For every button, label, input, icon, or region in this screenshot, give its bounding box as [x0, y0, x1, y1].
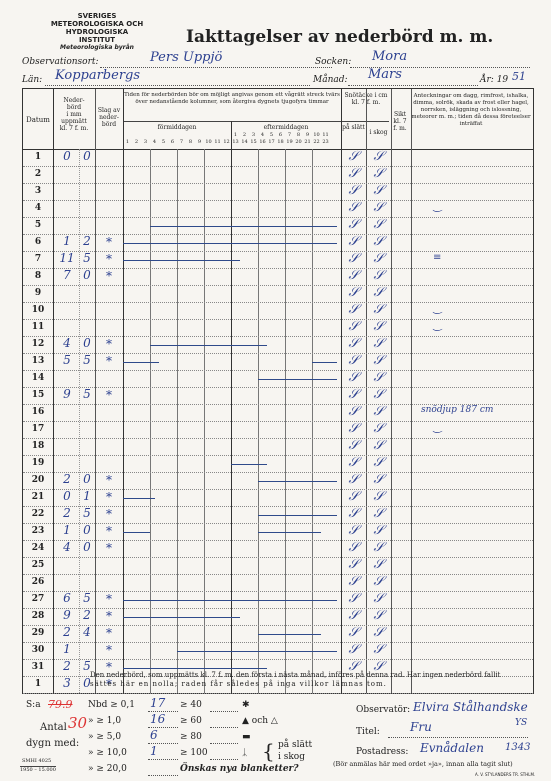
socken-label: Socken: [315, 57, 351, 67]
day-number: 24 [23, 543, 53, 553]
footnote-line2: sättes här en nolla; raden får således p… [90, 680, 501, 689]
day-number: 12 [23, 339, 53, 349]
precip-time-bar [123, 668, 267, 669]
hour-label-pm: 2 [240, 132, 249, 139]
snow-forest[interactable]: 𝒮 [366, 421, 391, 436]
snow-field[interactable]: 𝒮 [341, 642, 366, 657]
day-number: 1 [23, 679, 53, 689]
precip-whole[interactable]: 2 [55, 659, 79, 673]
snow-forest[interactable]: 𝒮 [366, 625, 391, 640]
precip-decimal[interactable]: 0 [79, 149, 95, 163]
hour-label: 5 [159, 139, 168, 146]
snow-forest[interactable]: 𝒮 [366, 183, 391, 198]
table-row: 19𝒮𝒮 [23, 455, 533, 472]
precip-decimal[interactable]: 5 [79, 387, 95, 401]
precip-decimal[interactable]: 5 [79, 591, 95, 605]
row-divider [23, 693, 533, 694]
table-row: 2892*𝒮𝒮 [23, 608, 533, 625]
snow-forest[interactable]: 𝒮 [366, 557, 391, 572]
table-row: 16𝒮𝒮snödjup 187 cm [23, 404, 533, 421]
hour-label-pm: 11 [321, 132, 330, 139]
hour-label-24h: 20 [294, 139, 303, 146]
hour-label: 7 [177, 139, 186, 146]
precip-time-bar [123, 243, 337, 244]
titel-value[interactable]: Fru [410, 720, 432, 734]
snow-forest[interactable]: 𝒮 [366, 455, 391, 470]
socken-value[interactable]: Mora [372, 49, 407, 64]
precip-whole[interactable]: 5 [55, 353, 79, 367]
precip-decimal[interactable]: 0 [79, 472, 95, 486]
threshold-count[interactable]: 16 [150, 712, 165, 726]
threshold-prefix: » ≥ 20,0 [88, 764, 127, 774]
table-row: 4𝒮𝒮⏝ [23, 200, 533, 217]
day-number: 29 [23, 628, 53, 638]
hour-label-pm: 8 [294, 132, 303, 139]
day-number: 14 [23, 373, 53, 383]
day-number: 8 [23, 271, 53, 281]
day-number: 21 [23, 492, 53, 502]
hour-label: 4 [150, 139, 159, 146]
weather-symbol-icon: ▲ och △ [242, 716, 278, 726]
wind-threshold: ≥ 80 [180, 732, 202, 742]
snow-field[interactable]: 𝒮 [341, 234, 366, 249]
col-slag: Slag av neder- börd [95, 107, 123, 128]
day-number: 26 [23, 577, 53, 587]
hour-label-24h: 23 [321, 139, 330, 146]
threshold-line [148, 759, 178, 760]
snow-forest[interactable]: 𝒮 [366, 608, 391, 623]
precip-whole[interactable]: 4 [55, 540, 79, 554]
snow-forest[interactable]: 𝒮 [366, 472, 391, 487]
threshold-prefix: » ≥ 1,0 [88, 716, 121, 726]
day-number: 23 [23, 526, 53, 536]
precip-whole[interactable]: 0 [55, 489, 79, 503]
precip-whole[interactable]: 11 [55, 251, 79, 265]
snow-forest[interactable]: 𝒮 [366, 217, 391, 232]
precip-whole[interactable]: 9 [55, 387, 79, 401]
threshold-prefix: » ≥ 5,0 [88, 732, 121, 742]
note-entry[interactable]: ⏝ [433, 201, 443, 212]
snow-forest[interactable]: 𝒮 [366, 387, 391, 402]
snow-field[interactable]: 𝒮 [341, 523, 366, 538]
snow-forest[interactable]: 𝒮 [366, 506, 391, 521]
hour-label-pm: 6 [276, 132, 285, 139]
snow-forest[interactable]: 𝒮 [366, 404, 391, 419]
threshold-prefix: » ≥ 10,0 [88, 748, 127, 758]
precip-time-bar [231, 464, 267, 465]
precip-time-bar [258, 481, 337, 482]
precip-whole[interactable]: 7 [55, 268, 79, 282]
precip-time-bar [312, 362, 337, 363]
snow-field[interactable]: 𝒮 [341, 319, 366, 334]
day-number: 10 [23, 305, 53, 315]
snow-field[interactable]: 𝒮 [341, 200, 366, 215]
day-number: 19 [23, 458, 53, 468]
table-row: 1355*𝒮𝒮 [23, 353, 533, 370]
snow-subheader-divider [341, 121, 389, 122]
col-formiddagen: förmiddagen [123, 124, 231, 131]
precip-type[interactable]: * [95, 337, 123, 351]
precip-decimal[interactable]: 0 [79, 336, 95, 350]
snow-forest[interactable]: 𝒮 [366, 234, 391, 249]
day-number: 4 [23, 203, 53, 213]
note-entry[interactable]: ⏝ [433, 303, 443, 314]
snow-field[interactable]: 𝒮 [341, 302, 366, 317]
precip-type[interactable]: * [95, 524, 123, 538]
snow-forest[interactable]: 𝒮 [366, 200, 391, 215]
hour-label-24h: 22 [312, 139, 321, 146]
table-row: 26𝒮𝒮 [23, 574, 533, 591]
hour-label: 3 [141, 139, 150, 146]
snow-field[interactable]: 𝒮 [341, 455, 366, 470]
snow-forest[interactable]: 𝒮 [366, 438, 391, 453]
observator-label: Observatör: [356, 705, 410, 715]
precip-time-bar [258, 379, 337, 380]
day-number: 7 [23, 254, 53, 264]
institute-header: SVERIGES METEOROLOGISKA OCH HYDROLOGISKA… [22, 12, 172, 52]
day-number: 2 [23, 169, 53, 179]
snow-field[interactable]: 𝒮 [341, 625, 366, 640]
col-pa-slatt: på slätt [341, 124, 366, 131]
table-row: 870*𝒮𝒮 [23, 268, 533, 285]
observationsort-value[interactable]: Pers Uppjö [150, 50, 222, 65]
precip-time-bar [258, 515, 337, 516]
snow-field[interactable]: 𝒮 [341, 217, 366, 232]
weather-symbol-icon: ▬ [242, 732, 251, 742]
precip-time-bar [123, 532, 150, 533]
precip-whole[interactable]: 3 [55, 676, 79, 690]
titel-label: Titel: [356, 727, 380, 737]
precip-whole[interactable]: 9 [55, 608, 79, 622]
threshold-count[interactable]: 17 [150, 696, 165, 710]
col-nederbord: Neder- börd i mm uppmätt kl. 7 f. m. [53, 97, 95, 132]
snow-field[interactable]: 𝒮 [341, 557, 366, 572]
snow-field[interactable]: 𝒮 [341, 251, 366, 266]
snow-field[interactable]: 𝒮 [341, 421, 366, 436]
precip-decimal[interactable]: 5 [79, 353, 95, 367]
day-number: 3 [23, 186, 53, 196]
precip-type[interactable]: * [95, 269, 123, 283]
weather-symbol-icon: ✱ [242, 700, 250, 710]
form-title: Iakttagelser av nederbörd m. m. [186, 27, 493, 47]
precip-time-bar [123, 498, 155, 499]
precip-whole[interactable]: 6 [55, 591, 79, 605]
precip-whole[interactable]: 2 [55, 625, 79, 639]
hour-label-pm: 5 [267, 132, 276, 139]
postadress-label: Postadress: [356, 747, 408, 757]
hour-label-24h: 16 [258, 139, 267, 146]
precip-decimal[interactable]: 1 [79, 489, 95, 503]
dygn-label: dygn med: [26, 738, 79, 749]
precip-time-bar [123, 362, 159, 363]
precip-decimal[interactable]: 5 [79, 251, 95, 265]
table-row: 1595*𝒮𝒮 [23, 387, 533, 404]
snow-forest[interactable]: 𝒮 [366, 540, 391, 555]
day-number: 11 [23, 322, 53, 332]
hour-label-24h: 13 [231, 139, 240, 146]
wind-threshold: ≥ 40 [180, 700, 202, 710]
ar-label: År: 19 [480, 75, 508, 85]
footnote-line1: Den nederbörd, som uppmätts kl. 7 f. m. … [90, 671, 501, 680]
snow-field[interactable]: 𝒮 [341, 166, 366, 181]
hour-label: 1 [123, 139, 132, 146]
lan-label: Län: [22, 75, 42, 85]
institute-line1: SVERIGES [22, 12, 172, 20]
note-entry[interactable]: ≡ [433, 252, 441, 263]
snow-field[interactable]: 𝒮 [341, 353, 366, 368]
precip-decimal[interactable]: 4 [79, 625, 95, 639]
threshold-line [148, 775, 178, 776]
day-number: 16 [23, 407, 53, 417]
precip-decimal[interactable]: 2 [79, 608, 95, 622]
antal-label: Antal [40, 722, 67, 733]
precip-decimal[interactable]: 0 [79, 523, 95, 537]
hour-label-pm: 3 [249, 132, 258, 139]
manad-label: Månad: [313, 75, 348, 85]
threshold-prefix: Nbd ≥ 0,1 [88, 700, 135, 710]
observationsort-label: Observationsort: [22, 57, 99, 67]
precip-type[interactable]: * [95, 626, 123, 640]
wind-line [210, 759, 238, 760]
hour-label-pm: 7 [285, 132, 294, 139]
day-number: 27 [23, 594, 53, 604]
postadress-note: 1343 [505, 742, 530, 753]
day-number: 13 [23, 356, 53, 366]
hour-label: 9 [195, 139, 204, 146]
snow-field[interactable]: 𝒮 [341, 404, 366, 419]
precip-type[interactable]: * [95, 609, 123, 623]
snow-forest[interactable]: 𝒮 [366, 370, 391, 385]
snow-field[interactable]: 𝒮 [341, 183, 366, 198]
footnote: Den nederbörd, som uppmätts kl. 7 f. m. … [90, 671, 501, 689]
precip-time-bar [258, 634, 321, 635]
lan-line [45, 85, 310, 86]
antal-value[interactable]: 30 [68, 714, 87, 732]
snow-forest[interactable]: 𝒮 [366, 166, 391, 181]
precip-type[interactable]: * [95, 592, 123, 606]
snow-forest[interactable]: 𝒮 [366, 642, 391, 657]
snow-field[interactable]: 𝒮 [341, 489, 366, 504]
precip-time-bar [150, 226, 337, 227]
day-number: 15 [23, 390, 53, 400]
precip-time-bar [177, 651, 337, 652]
snow-forest[interactable]: 𝒮 [366, 353, 391, 368]
snow-field[interactable]: 𝒮 [341, 285, 366, 300]
snow-forest[interactable]: 𝒮 [366, 574, 391, 589]
hour-label-pm: 4 [258, 132, 267, 139]
wind-line [210, 743, 238, 744]
table-row: 2𝒮𝒮 [23, 166, 533, 183]
table-row: 18𝒮𝒮 [23, 438, 533, 455]
brace-icon: { [262, 739, 275, 763]
col-sikt: Sikt kl. 7 f. m. [391, 111, 409, 132]
table-row: 9𝒮𝒮 [23, 285, 533, 302]
bor-note: (Bör anmälas här med ordet »ja», innan a… [333, 760, 513, 768]
precip-whole[interactable]: 0 [55, 149, 79, 163]
precip-type[interactable]: * [95, 388, 123, 402]
day-number: 20 [23, 475, 53, 485]
snow-field[interactable]: 𝒮 [341, 336, 366, 351]
col-i-skog: i skog [366, 129, 391, 136]
day-number: 28 [23, 611, 53, 621]
hour-label-pm: 9 [303, 132, 312, 139]
hour-label-24h: 21 [303, 139, 312, 146]
snow-field[interactable]: 𝒮 [341, 591, 366, 606]
precip-whole[interactable]: 1 [55, 234, 79, 248]
wind-threshold: ≥ 60 [180, 716, 202, 726]
hour-label: 2 [132, 139, 141, 146]
table-row: 2101*𝒮𝒮 [23, 489, 533, 506]
titel-note: YS [515, 718, 527, 728]
precip-time-bar [258, 532, 321, 533]
ar-value[interactable]: 51 [512, 70, 526, 83]
observator-value[interactable]: Elvira Stålhandske [413, 700, 528, 714]
hour-label-pm: 10 [312, 132, 321, 139]
day-number: 31 [23, 662, 53, 672]
snow-forest[interactable]: 𝒮 [366, 336, 391, 351]
snow-field[interactable]: 𝒮 [341, 387, 366, 402]
precipitation-form: SVERIGES METEOROLOGISKA OCH HYDROLOGISKA… [0, 0, 551, 781]
precip-type[interactable]: * [95, 354, 123, 368]
manad-value[interactable]: Mars [368, 67, 402, 82]
precip-decimal[interactable]: 5 [79, 506, 95, 520]
snow-field[interactable]: 𝒮 [341, 540, 366, 555]
note-entry[interactable]: snödjup 187 cm [421, 405, 493, 415]
day-number: 22 [23, 509, 53, 519]
col-eftermiddagen: eftermiddagen [231, 124, 341, 131]
col-anteckningar: Anteckningar om dagg, rimfrost, ishalka,… [411, 93, 531, 128]
onskas-label: Önskas nya blanketter? [180, 764, 299, 774]
form-print: 1950 – 15.000 [20, 766, 56, 773]
hour-label: 8 [186, 139, 195, 146]
precip-time-bar [150, 345, 267, 346]
table-row: 25𝒮𝒮 [23, 557, 533, 574]
hour-label-pm: 1 [231, 132, 240, 139]
i-skog-label: i skog [278, 752, 305, 762]
sum-value[interactable]: 79.9 [48, 698, 73, 711]
precip-type[interactable]: * [95, 507, 123, 521]
precip-type[interactable]: * [95, 490, 123, 504]
precip-whole[interactable]: 1 [55, 642, 79, 656]
precip-decimal[interactable]: 0 [79, 268, 95, 282]
snow-field[interactable]: 𝒮 [341, 506, 366, 521]
col-datum: Datum [23, 117, 53, 124]
weather-symbol-icon: ᛣ [242, 748, 247, 758]
table-row: 3𝒮𝒮 [23, 183, 533, 200]
snow-forest[interactable]: 𝒮 [366, 302, 391, 317]
hour-label-24h: 19 [285, 139, 294, 146]
precip-whole[interactable]: 2 [55, 472, 79, 486]
snow-forest[interactable]: 𝒮 [366, 319, 391, 334]
snow-field[interactable]: 𝒮 [341, 370, 366, 385]
table-row: 100𝒮𝒮 [23, 149, 533, 166]
wind-line [210, 727, 238, 728]
hour-label: 12 [222, 139, 231, 146]
table-row: 2440*𝒮𝒮 [23, 540, 533, 557]
hour-label: 11 [213, 139, 222, 146]
day-number: 6 [23, 237, 53, 247]
precip-time-bar [123, 260, 240, 261]
snow-forest[interactable]: 𝒮 [366, 523, 391, 538]
day-number: 25 [23, 560, 53, 570]
pa-slatt-label: på slätt [278, 740, 312, 750]
snow-field[interactable]: 𝒮 [341, 574, 366, 589]
precip-whole[interactable]: 1 [55, 523, 79, 537]
day-number: 17 [23, 424, 53, 434]
institute-line3: INSTITUT [22, 36, 172, 44]
table-row: 1240*𝒮𝒮 [23, 336, 533, 353]
col-tiden: Tiden för nederbörden bör om möjligt ang… [123, 92, 341, 106]
wind-threshold: ≥ 100 [180, 748, 208, 758]
note-entry[interactable]: ⏝ [433, 320, 443, 331]
snow-field[interactable]: 𝒮 [341, 438, 366, 453]
hour-label-24h: 17 [267, 139, 276, 146]
observation-table: Datum Neder- börd i mm uppmätt kl. 7 f. … [22, 88, 534, 694]
wind-line [210, 711, 238, 712]
snow-field[interactable]: 𝒮 [341, 149, 366, 164]
precip-decimal[interactable]: 2 [79, 234, 95, 248]
precip-time-bar [123, 600, 337, 601]
table-row: 11𝒮𝒮⏝ [23, 319, 533, 336]
day-number: 5 [23, 220, 53, 230]
form-code: SMHI 4025 [22, 758, 51, 764]
postadress-value[interactable]: Evnådalen [420, 741, 484, 755]
day-number: 9 [23, 288, 53, 298]
precip-decimal[interactable]: 0 [79, 540, 95, 554]
hour-label-24h: 15 [249, 139, 258, 146]
day-number: 18 [23, 441, 53, 451]
table-row: 10𝒮𝒮⏝ [23, 302, 533, 319]
snow-forest[interactable]: 𝒮 [366, 591, 391, 606]
snow-forest[interactable]: 𝒮 [366, 285, 391, 300]
precip-type[interactable]: * [95, 473, 123, 487]
snow-field[interactable]: 𝒮 [341, 608, 366, 623]
precip-type[interactable]: * [95, 643, 123, 657]
table-row: 17𝒮𝒮⏝ [23, 421, 533, 438]
lan-value[interactable]: Kopparbergs [55, 68, 140, 83]
precip-whole[interactable]: 4 [55, 336, 79, 350]
snow-forest[interactable]: 𝒮 [366, 268, 391, 283]
snow-forest[interactable]: 𝒮 [366, 251, 391, 266]
day-number: 1 [23, 152, 53, 162]
institute-line2: METEOROLOGISKA OCH HYDROLOGISKA [22, 20, 172, 36]
hour-label: 10 [204, 139, 213, 146]
hour-label: 6 [168, 139, 177, 146]
table-row: 7115*𝒮𝒮≡ [23, 251, 533, 268]
snow-forest[interactable]: 𝒮 [366, 149, 391, 164]
snow-field[interactable]: 𝒮 [341, 472, 366, 487]
precip-type[interactable]: * [95, 541, 123, 555]
titel-line [388, 737, 528, 738]
manad-line [348, 85, 478, 86]
precip-whole[interactable]: 2 [55, 506, 79, 520]
snow-forest[interactable]: 𝒮 [366, 489, 391, 504]
hour-label-24h: 18 [276, 139, 285, 146]
precip-type[interactable]: * [95, 235, 123, 249]
threshold-count[interactable]: 6 [150, 728, 158, 742]
sum-label: S:a [26, 700, 41, 710]
precip-type[interactable]: * [95, 252, 123, 266]
printer: A. V. STYLANDERS TR. STHLM. [475, 772, 535, 777]
snow-field[interactable]: 𝒮 [341, 268, 366, 283]
precip-time-bar [123, 617, 240, 618]
hour-label-24h: 14 [240, 139, 249, 146]
note-entry[interactable]: ⏝ [433, 422, 443, 433]
threshold-count[interactable]: 1 [150, 744, 158, 758]
day-number: 30 [23, 645, 53, 655]
